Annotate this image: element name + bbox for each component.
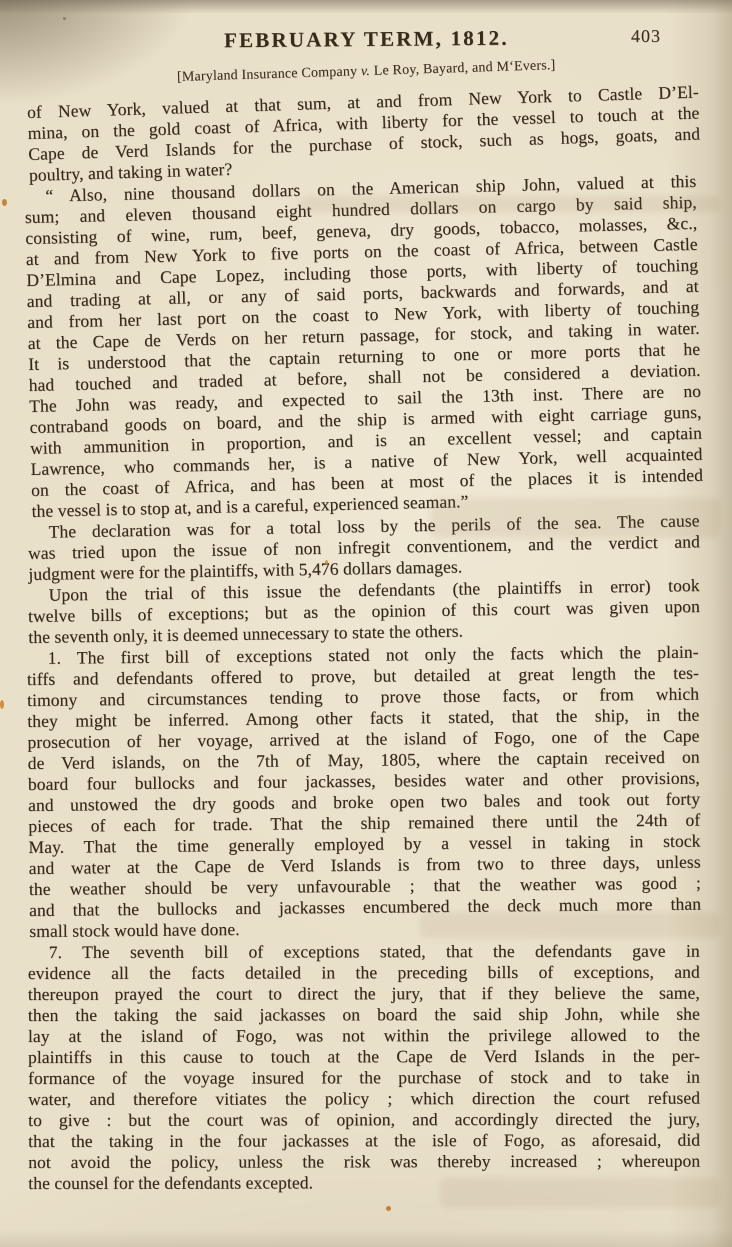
text-line: to give : but the court was of opinion, … <box>28 1109 700 1131</box>
text-line: evidence all the facts detailed in the p… <box>28 962 700 984</box>
text-line: not avoid the policy, unless the risk wa… <box>28 1151 700 1173</box>
text-line: lay at the island of Fogo, was not withi… <box>28 1025 700 1047</box>
text-line: plaintiffs in this cause to touch at the… <box>28 1046 700 1068</box>
paragraph: The declaration was for a total loss by … <box>27 510 700 585</box>
caption-versus: v. <box>360 64 370 79</box>
foxing-speck <box>386 1206 391 1211</box>
paragraph: of New York, valued at that sum, at and … <box>27 81 701 185</box>
running-head: FEBRUARY TERM, 1812. <box>0 27 732 51</box>
caption-open: [Maryland Insurance Company <box>176 64 360 85</box>
case-caption: [Maryland Insurance Company v. Le Roy, B… <box>176 57 555 86</box>
page-body: of New York, valued at that sum, at and … <box>28 102 700 1194</box>
text-line: formance of the voyage insured for the p… <box>28 1067 700 1089</box>
foxing-speck <box>0 700 4 709</box>
scanned-book-page: FEBRUARY TERM, 1812. 403 [Maryland Insur… <box>0 0 732 1247</box>
scan-top-edge <box>0 0 732 14</box>
caption-close: Le Roy, Bayard, and M‘Evers.] <box>369 58 555 79</box>
page-bottom-shading <box>0 1229 732 1247</box>
term-heading: FEBRUARY TERM, 1812. <box>224 26 509 53</box>
paragraph: 1. The first bill of exceptions stated n… <box>27 642 702 942</box>
text-line: thereupon prayed the court to direct the… <box>28 983 700 1005</box>
paragraph: Upon the trial of this issue the defenda… <box>28 575 701 648</box>
paragraph: “ Also, nine thousand dollars on the Ame… <box>24 171 703 522</box>
foxing-speck <box>2 199 7 206</box>
paper-fleck <box>63 17 66 20</box>
text-line: the counsel for the defendants excepted. <box>28 1172 700 1194</box>
text-line: water, and therefore vitiates the policy… <box>28 1088 700 1110</box>
text-line: that the taking in the four jackasses at… <box>28 1130 700 1152</box>
text-line: 7. The seventh bill of exceptions stated… <box>28 941 700 963</box>
page-number: 403 <box>631 26 661 47</box>
text-line: then the taking the said jackasses on bo… <box>28 1004 700 1026</box>
paragraph: 7. The seventh bill of exceptions stated… <box>28 941 701 1194</box>
